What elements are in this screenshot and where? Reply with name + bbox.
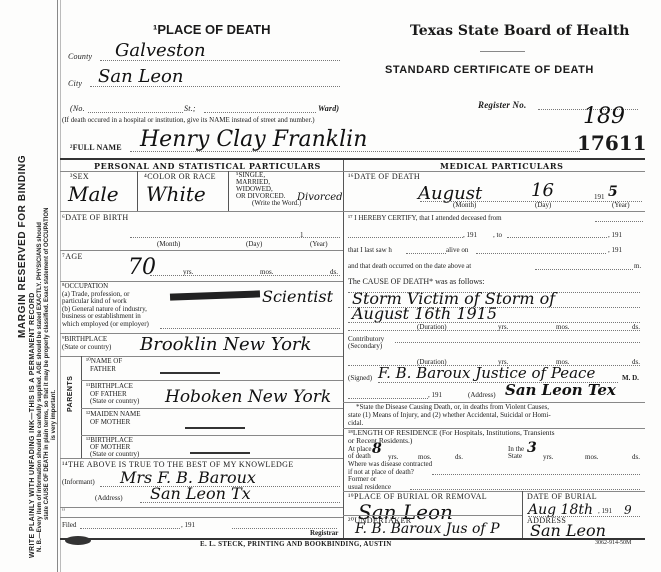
father-name-label: ¹⁰NAME OF FATHER xyxy=(86,357,122,373)
birthplace-label-title: ⁹BIRTHPLACE xyxy=(62,335,111,343)
birthplace-sub-label: (State or country) xyxy=(62,343,111,351)
certify-from-year: , 191 xyxy=(463,231,477,239)
county-line xyxy=(100,60,340,61)
cause-line-2-dots xyxy=(348,322,640,323)
certify-to-label: , to xyxy=(493,231,502,239)
occupation-b3-label: which employed (or employer) xyxy=(62,321,149,329)
certify-line-3b: alive on xyxy=(446,246,468,254)
filed-label: Filed xyxy=(62,521,76,529)
occupation-employer-line xyxy=(160,328,340,329)
md-label: M. D. xyxy=(622,374,639,382)
signed-date-line xyxy=(348,398,428,399)
at-place-yrs-value[interactable]: 8 xyxy=(372,441,382,457)
informant-label: (Informant) xyxy=(62,478,95,486)
certify-to-line xyxy=(507,237,607,238)
mother-name-label: ¹²MAIDEN NAME OF MOTHER xyxy=(86,410,141,426)
in-state-ds: ds. xyxy=(632,453,640,461)
dod-label: ¹⁶DATE OF DEATH xyxy=(348,172,420,181)
former-residence-line xyxy=(410,489,640,490)
margin-rule xyxy=(57,0,58,572)
register-label: Register No. xyxy=(478,100,526,110)
footnote-line-3: cidal. xyxy=(348,419,551,427)
footnote-line-2: state (1) Means of Injury, and (2) wheth… xyxy=(348,411,551,419)
certify-time-line xyxy=(535,269,633,270)
margin-note-line-1: N. B.—Every item of information should b… xyxy=(37,222,43,552)
city-line xyxy=(90,86,340,87)
former-label-line-2: usual residence xyxy=(348,484,391,492)
filed-year: , 191 xyxy=(181,521,195,529)
margin-note-line-2: state CAUSE OF DEATH in plain terms, so … xyxy=(44,208,50,520)
dod-day[interactable]: 16 xyxy=(531,180,554,201)
row-rule-11 xyxy=(60,517,343,518)
footnote-line-1: *State the Disease Causing Death, or, in… xyxy=(348,403,551,411)
certificate-title: STANDARD CERTIFICATE OF DEATH xyxy=(385,64,594,76)
full-name-value[interactable]: Henry Clay Franklin xyxy=(140,127,367,152)
burial-year-prefix: , 191 xyxy=(598,507,612,515)
dod-year-label: (Year) xyxy=(612,201,630,209)
medical-section-title: MEDICAL PARTICULARS xyxy=(440,161,563,171)
marital-label: ⁵SINGLE, MARRIED, WIDOWED, OR DIVORCED. … xyxy=(236,172,301,207)
printer-credit: E. L. STECK, PRINTING AND BOOKBINDING, A… xyxy=(200,540,392,548)
mother-birthplace-label: ¹³BIRTHPLACE OF MOTHER (State or country… xyxy=(86,437,139,458)
section-top-rule xyxy=(60,158,645,160)
contracted-label: Where was disease contracted if not at p… xyxy=(348,461,432,476)
title-divider xyxy=(480,51,525,52)
county-value[interactable]: Galveston xyxy=(115,40,206,61)
father-name-value[interactable] xyxy=(160,372,220,374)
in-state-yrs: yrs. xyxy=(543,453,553,461)
margin-binding-text: MARGIN RESERVED FOR BINDING xyxy=(17,155,28,338)
margin-rule-inner xyxy=(60,0,61,572)
street-label: St.; xyxy=(184,104,196,113)
mother-birthplace-label-line-3: (State or country) xyxy=(86,451,139,458)
dod-month-label: (Month) xyxy=(453,201,476,209)
parents-divider xyxy=(81,356,82,458)
at-place-label: At place of death xyxy=(348,446,372,460)
race-value[interactable]: White xyxy=(146,182,206,206)
certify-last-seen-line xyxy=(406,253,446,254)
contributory-label: Contributory (Secondary) xyxy=(348,336,384,350)
certify-line-3c: , 191 xyxy=(608,246,622,254)
filed-date-line xyxy=(80,528,180,529)
signed-address-label: (Address) xyxy=(468,391,496,399)
signed-year: , 191 xyxy=(428,391,442,399)
occupation-label: ⁸OCCUPATION (a) Trade, profession, or pa… xyxy=(62,283,149,328)
city-label: City xyxy=(68,79,82,88)
at-place-label-line-2: of death xyxy=(348,453,372,460)
race-label: ⁴COLOR OR RACE xyxy=(144,172,216,181)
age-label: ⁷AGE xyxy=(62,252,83,261)
certify-to-year: , 191 xyxy=(608,231,622,239)
age-line xyxy=(150,275,340,276)
dob-month-label: (Month) xyxy=(157,240,180,248)
certify-line-4-m: m. xyxy=(634,262,641,270)
signed-value[interactable]: F. B. Baroux Justice of Peace xyxy=(378,364,595,382)
place-of-death-title: ¹PLACE OF DEATH xyxy=(153,22,270,37)
item-15-label: ¹⁵ xyxy=(62,509,65,514)
mother-name-value[interactable] xyxy=(185,427,245,429)
dod-year-suffix[interactable]: 5 xyxy=(608,184,618,200)
certify-line-1: ¹⁷ I HEREBY CERTIFY, that I attended dec… xyxy=(348,214,502,222)
father-birthplace-label-line-3: (State or country) xyxy=(86,398,139,406)
county-label: County xyxy=(68,52,92,61)
street-no-label: (No. xyxy=(70,104,85,113)
med-rule-1 xyxy=(343,211,645,212)
dob-year-prefix: 1 xyxy=(300,231,304,239)
age-mos-label: mos. xyxy=(260,268,273,276)
death-certificate: MARGIN RESERVED FOR BINDING WRITE PLAINL… xyxy=(0,0,661,572)
mother-name-label-line-1: ¹²MAIDEN NAME xyxy=(86,410,141,418)
dob-line xyxy=(130,237,340,238)
certify-line-4: and that death occurred on the date abov… xyxy=(348,262,471,270)
parents-label: PARENTS xyxy=(67,376,74,412)
race-marital-divider xyxy=(228,171,229,211)
burial-divider xyxy=(522,491,523,538)
in-state-mos: mos. xyxy=(585,453,598,461)
father-name-label-line-2: FATHER xyxy=(86,365,122,373)
at-place-ds: ds. xyxy=(455,453,463,461)
in-state-label-line-2: State xyxy=(508,453,524,460)
father-name-label-line-1: ¹⁰NAME OF xyxy=(86,357,122,365)
marital-value[interactable]: Divorced xyxy=(297,192,343,203)
undertaker-value[interactable]: F. B. Baroux Jus of P xyxy=(355,521,499,537)
printer-seal-icon xyxy=(65,536,91,545)
cause-duration-line xyxy=(348,330,640,331)
certify-from-line xyxy=(348,237,463,238)
age-ds-label: ds. xyxy=(330,268,338,276)
certify-line-3a: that I last saw h xyxy=(348,246,392,254)
ward-label: Ward) xyxy=(318,104,339,113)
column-divider xyxy=(343,160,344,538)
burial-date-label: DATE OF BURIAL xyxy=(527,492,597,501)
certify-alive-on-line xyxy=(476,253,606,254)
signed-label: (Signed) xyxy=(348,374,372,382)
informant-address-line xyxy=(140,502,340,503)
form-number: 3062-914-50M xyxy=(595,540,631,546)
board-title: Texas State Board of Health xyxy=(410,23,629,39)
cause-footnote: *State the Disease Causing Death, or, in… xyxy=(348,403,551,427)
full-name-line xyxy=(130,151,580,152)
occupation-scribble xyxy=(170,290,260,300)
mother-birthplace-value[interactable] xyxy=(190,452,250,454)
sex-value[interactable]: Male xyxy=(68,182,119,206)
dod-year-prefix: 191 xyxy=(594,193,605,201)
birthplace-label: ⁹BIRTHPLACE (State or country) xyxy=(62,335,111,351)
ward-line xyxy=(204,112,316,113)
father-birthplace-label: ¹¹BIRTHPLACE OF FATHER (State or country… xyxy=(86,383,139,406)
row-rule-9 xyxy=(60,458,343,459)
dob-label: ⁶DATE OF BIRTH xyxy=(62,213,129,222)
father-birthplace-value[interactable]: Hoboken New York xyxy=(165,387,331,407)
institution-note: (If death occured in a hospital or insti… xyxy=(62,116,315,124)
dob-year-label: (Year) xyxy=(310,240,328,248)
row-rule-6 xyxy=(81,380,343,381)
row-rule-2 xyxy=(60,250,343,251)
contributory-line xyxy=(395,342,640,343)
margin-write-plainly-text: WRITE PLAINLY WITH UNFADING INK—THIS IS … xyxy=(29,292,36,558)
age-yrs-label: yrs. xyxy=(183,268,193,276)
row-rule-10 xyxy=(60,507,343,508)
full-name-label: ²FULL NAME xyxy=(70,143,122,152)
contracted-line xyxy=(432,474,640,475)
burial-year-suffix[interactable]: 9 xyxy=(624,503,632,517)
binding-margin: MARGIN RESERVED FOR BINDING WRITE PLAINL… xyxy=(0,0,57,572)
row-rule-1 xyxy=(60,211,343,212)
mother-name-label-line-2: OF MOTHER xyxy=(86,418,141,426)
sex-race-divider xyxy=(137,171,138,211)
dod-day-label: (Day) xyxy=(535,201,551,209)
dob-day-label: (Day) xyxy=(246,240,262,248)
age-value[interactable]: 70 xyxy=(128,255,156,280)
cause-label: The CAUSE OF DEATH* was as follows: xyxy=(348,277,484,286)
city-value[interactable]: San Leon xyxy=(98,66,183,87)
register-handwritten: 189 xyxy=(583,104,625,129)
signed-address-value[interactable]: San Leon Tex xyxy=(505,381,616,399)
former-residence-label: Former or usual residence xyxy=(348,476,391,491)
occupation-value[interactable]: Scientist xyxy=(262,287,333,306)
street-no-line xyxy=(88,112,183,113)
in-state-label: In the State xyxy=(508,446,524,460)
contributory-label-line-2: (Secondary) xyxy=(348,343,384,350)
personal-section-title: PERSONAL AND STATISTICAL PARTICULARS xyxy=(94,161,321,171)
registrar-label: Registrar xyxy=(310,529,338,537)
row-rule-7 xyxy=(81,408,343,409)
informant-address-value[interactable]: San Leon Tx xyxy=(150,484,251,503)
marital-label-line-5: (Write the Word.) xyxy=(236,200,301,207)
cause-line-2[interactable]: August 16th 1915 xyxy=(352,304,497,323)
certificate-number: 17611 xyxy=(577,131,647,155)
informant-address-label: (Address) xyxy=(95,494,123,502)
certify-line-1-dots xyxy=(595,221,643,222)
sex-label: ³SEX xyxy=(70,172,89,181)
in-state-yrs-value[interactable]: 3 xyxy=(527,440,537,456)
birthplace-value[interactable]: Brooklin New York xyxy=(140,334,311,355)
